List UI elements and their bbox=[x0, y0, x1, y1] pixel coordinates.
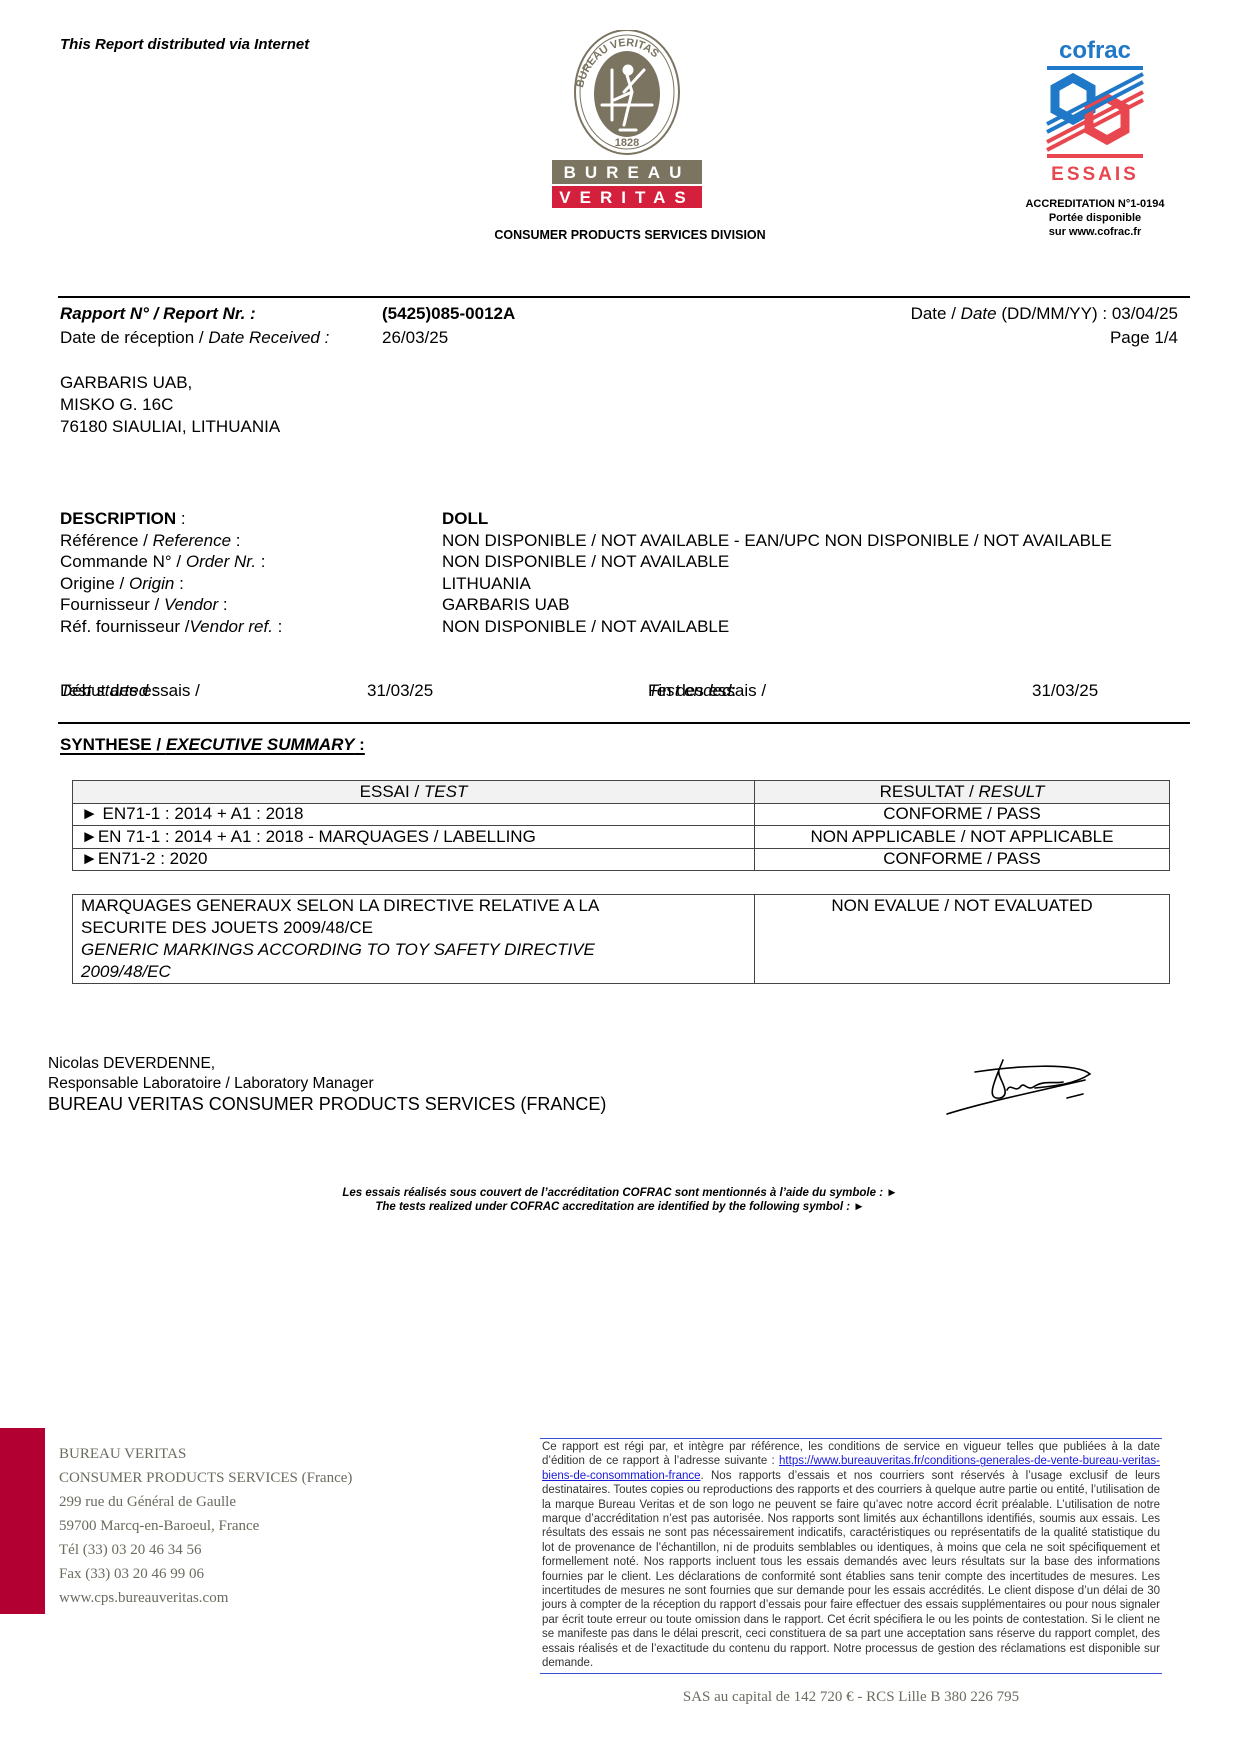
legal-conditions: Ce rapport est régi par, et intègre par … bbox=[540, 1438, 1162, 1674]
test-result: CONFORME / PASS bbox=[755, 848, 1170, 871]
cofrac-word: cofrac bbox=[1059, 38, 1131, 64]
signatory-company: BUREAU VERITAS CONSUMER PRODUCTS SERVICE… bbox=[48, 1093, 606, 1115]
test-name: ► EN71-1 : 2014 + A1 : 2018 bbox=[73, 803, 755, 826]
table-row: MARQUAGES GENERAUX SELON LA DIRECTIVE RE… bbox=[73, 895, 1170, 984]
test-result: NON APPLICABLE / NOT APPLICABLE bbox=[755, 826, 1170, 849]
summary-divider bbox=[58, 722, 1190, 724]
report-date: Date / Date (DD/MM/YY) : 03/04/25 bbox=[911, 302, 1178, 326]
reference-value: NON DISPONIBLE / NOT AVAILABLE - EAN/UPC… bbox=[442, 530, 1122, 552]
accreditation-number: ACCREDITATION N°1-0194 bbox=[990, 197, 1200, 211]
summary-table: ESSAI / TEST RESULTAT / RESULT ► EN71-1 … bbox=[72, 780, 1170, 871]
test-name: ►EN71-2 : 2020 bbox=[73, 848, 755, 871]
test-started-date: 31/03/25 bbox=[367, 681, 433, 701]
page-number: Page 1/4 bbox=[1110, 326, 1178, 350]
test-name: ►EN 71-1 : 2014 + A1 : 2018 - MARQUAGES … bbox=[73, 826, 755, 849]
client-line: 76180 SIAULIAI, LITHUANIA bbox=[60, 416, 280, 438]
table-row: ► EN71-1 : 2014 + A1 : 2018 CONFORME / P… bbox=[73, 803, 1170, 826]
client-line: MISKO G. 16C bbox=[60, 394, 280, 416]
client-line: GARBARIS UAB, bbox=[60, 372, 280, 394]
phone: Tél (33) 03 20 46 34 56 bbox=[59, 1538, 352, 1562]
test-result: CONFORME / PASS bbox=[755, 803, 1170, 826]
vendor-ref-row: Réf. fournisseur /Vendor ref. : NON DISP… bbox=[60, 616, 1160, 638]
logo-word-bureau: BUREAU bbox=[564, 163, 691, 182]
table-header-row: ESSAI / TEST RESULTAT / RESULT bbox=[73, 781, 1170, 804]
report-number-label: Rapport N° / Report Nr. : bbox=[60, 302, 256, 326]
client-address: GARBARIS UAB, MISKO G. 16C 76180 SIAULIA… bbox=[60, 372, 280, 438]
table-row: ►EN 71-1 : 2014 + A1 : 2018 - MARQUAGES … bbox=[73, 826, 1170, 849]
vendor-row: Fournisseur / Vendor : GARBARIS UAB bbox=[60, 594, 1160, 616]
test-ended-label: Fin des essais / Test ended : bbox=[648, 681, 732, 701]
description-row: DESCRIPTION : DOLL bbox=[60, 508, 1160, 530]
signature-icon bbox=[945, 1050, 1105, 1125]
company-address: BUREAU VERITAS CONSUMER PRODUCTS SERVICE… bbox=[59, 1442, 352, 1610]
company-registration: SAS au capital de 142 720 € - RCS Lille … bbox=[540, 1689, 1162, 1706]
accreditation-scope: Portée disponible bbox=[990, 211, 1200, 225]
signatory-title: Responsable Laboratoire / Laboratory Man… bbox=[48, 1074, 606, 1094]
cofrac-symbol-note: Les essais réalisés sous couvert de l’ac… bbox=[250, 1186, 990, 1214]
reference-row: Référence / Reference : NON DISPONIBLE /… bbox=[60, 530, 1160, 552]
directive-result: NON EVALUE / NOT EVALUATED bbox=[755, 895, 1170, 984]
fax: Fax (33) 03 20 46 99 06 bbox=[59, 1562, 352, 1586]
logo-year: 1828 bbox=[615, 137, 639, 149]
column-header-test: ESSAI / TEST bbox=[73, 781, 755, 804]
vendor-value: GARBARIS UAB bbox=[442, 594, 1122, 616]
report-number: (5425)085-0012A bbox=[382, 302, 515, 326]
logo-word-veritas: VERITAS bbox=[559, 188, 694, 207]
distribution-note: This Report distributed via Internet bbox=[60, 36, 309, 53]
cofrac-logo: cofrac ESSAIS bbox=[1045, 38, 1145, 184]
date-received-label: Date de réception / Date Received : bbox=[60, 326, 329, 350]
test-ended-date: 31/03/25 bbox=[1032, 681, 1098, 701]
brand-color-bar bbox=[0, 1428, 45, 1614]
column-header-result: RESULTAT / RESULT bbox=[755, 781, 1170, 804]
signatory-name: Nicolas DEVERDENNE, bbox=[48, 1054, 606, 1074]
test-started-label: Début des essais / Test started : bbox=[60, 681, 158, 701]
division-title: CONSUMER PRODUCTS SERVICES DIVISION bbox=[420, 228, 840, 242]
date-received: 26/03/25 bbox=[382, 326, 448, 350]
signatory-block: Nicolas DEVERDENNE, Responsable Laborato… bbox=[48, 1054, 606, 1115]
bureau-veritas-logo: BUREAU VERITAS 1828 BUREAU VERITAS bbox=[552, 30, 702, 220]
vendor-ref-value: NON DISPONIBLE / NOT AVAILABLE bbox=[442, 616, 1122, 638]
summary-title: SYNTHESE / EXECUTIVE SUMMARY : bbox=[60, 735, 365, 755]
essais-word: ESSAIS bbox=[1051, 164, 1139, 184]
accreditation-site: sur www.cofrac.fr bbox=[990, 225, 1200, 239]
directive-table: MARQUAGES GENERAUX SELON LA DIRECTIVE RE… bbox=[72, 894, 1170, 984]
header-divider bbox=[58, 296, 1190, 298]
origin-row: Origine / Origin : LITHUANIA bbox=[60, 573, 1160, 595]
website: www.cps.bureauveritas.com bbox=[59, 1586, 352, 1610]
directive-description: MARQUAGES GENERAUX SELON LA DIRECTIVE RE… bbox=[73, 895, 755, 984]
origin-value: LITHUANIA bbox=[442, 573, 1122, 595]
accreditation-block: ACCREDITATION N°1-0194 Portée disponible… bbox=[990, 197, 1200, 239]
table-row: ►EN71-2 : 2020 CONFORME / PASS bbox=[73, 848, 1170, 871]
order-row: Commande N° / Order Nr. : NON DISPONIBLE… bbox=[60, 551, 1160, 573]
sample-description: DESCRIPTION : DOLL Référence / Reference… bbox=[60, 508, 1160, 637]
order-value: NON DISPONIBLE / NOT AVAILABLE bbox=[442, 551, 1122, 573]
description-value: DOLL bbox=[442, 508, 1122, 530]
